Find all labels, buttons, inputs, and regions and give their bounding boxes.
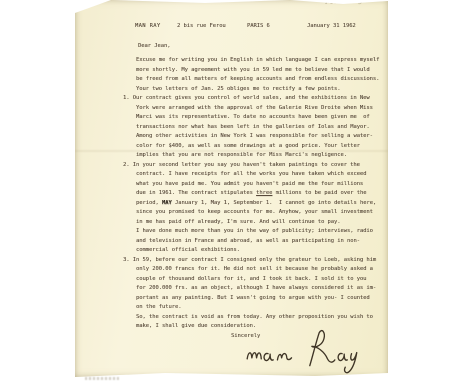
letter-line: So, the contract is void as from today. … — [123, 313, 387, 323]
handwritten-signature — [243, 326, 363, 374]
letter-line: contract. I have receipts for all the wo… — [123, 170, 387, 180]
letter-line: transactions nor what has been left in t… — [123, 123, 387, 133]
letter-line: what you have paid me. You admit you hav… — [123, 180, 387, 190]
letter-line: York were arranged with the approval of … — [123, 104, 387, 114]
letter-line: on the future. — [123, 303, 387, 313]
letter-line: color for $400, as well as some drawings… — [123, 142, 387, 152]
letter-line: Excuse me for writing you in English in … — [123, 56, 387, 66]
letter-line: in me has paid off already, I'm sure. An… — [123, 218, 387, 228]
letter-line: Your two letters of Jan. 25 obliges me t… — [123, 85, 387, 95]
letter-line: 2. In your second letter you say you hav… — [123, 161, 387, 171]
letter-line: couple of thousand dollars for it, and I… — [123, 275, 387, 285]
sender-address: 2 bis rue Ferou — [177, 23, 226, 29]
letter-line: I have done much more than you in the wa… — [123, 227, 387, 237]
signature-stroke — [243, 326, 363, 374]
letter-line: portant as any painting. But I wasn't go… — [123, 294, 387, 304]
letter-date: January 31 1962 — [307, 23, 356, 29]
letter-line: Among other activities in New York I was… — [123, 132, 387, 142]
letter-line: 1. Our contract gives you control of wor… — [123, 94, 387, 104]
letter-line: be freed from all matters of keeping acc… — [123, 75, 387, 85]
letter-line: since you promised to keep accounts for … — [123, 208, 387, 218]
salutation: Dear Jean, — [138, 43, 170, 49]
letter-line: implies that you are not responsible for… — [123, 151, 387, 161]
letter-line: 3. In 59, before our contract I consigne… — [123, 256, 387, 266]
letter-paper: Man Ray MAN RAY 2 bis rue Ferou PARIS 6 … — [75, 0, 388, 377]
scanned-letter-page: { "document": { "colors": { "background"… — [0, 0, 468, 382]
letter-line: period, MAY January 1, May 1, September … — [123, 199, 387, 209]
letter-line: commercial official exhibitions. — [123, 246, 387, 256]
letter-line: only 200.00 francs for it. He did not se… — [123, 265, 387, 275]
letter-line: and television in France and abroad, as … — [123, 237, 387, 247]
sender-city: PARIS 6 — [247, 23, 270, 29]
letter-body: Excuse me for writing you in English in … — [123, 56, 387, 341]
letter-line: more shortly. My agreement with you in 5… — [123, 66, 387, 76]
letter-line: Marci was its representative. To date no… — [123, 113, 387, 123]
letter-line: for 200.000 frs. as an object, although … — [123, 284, 387, 294]
faint-pencil-mark — [85, 377, 119, 380]
letter-line: due in 1961. The contract stipulates thr… — [123, 189, 387, 199]
sender-name: MAN RAY — [135, 23, 161, 29]
